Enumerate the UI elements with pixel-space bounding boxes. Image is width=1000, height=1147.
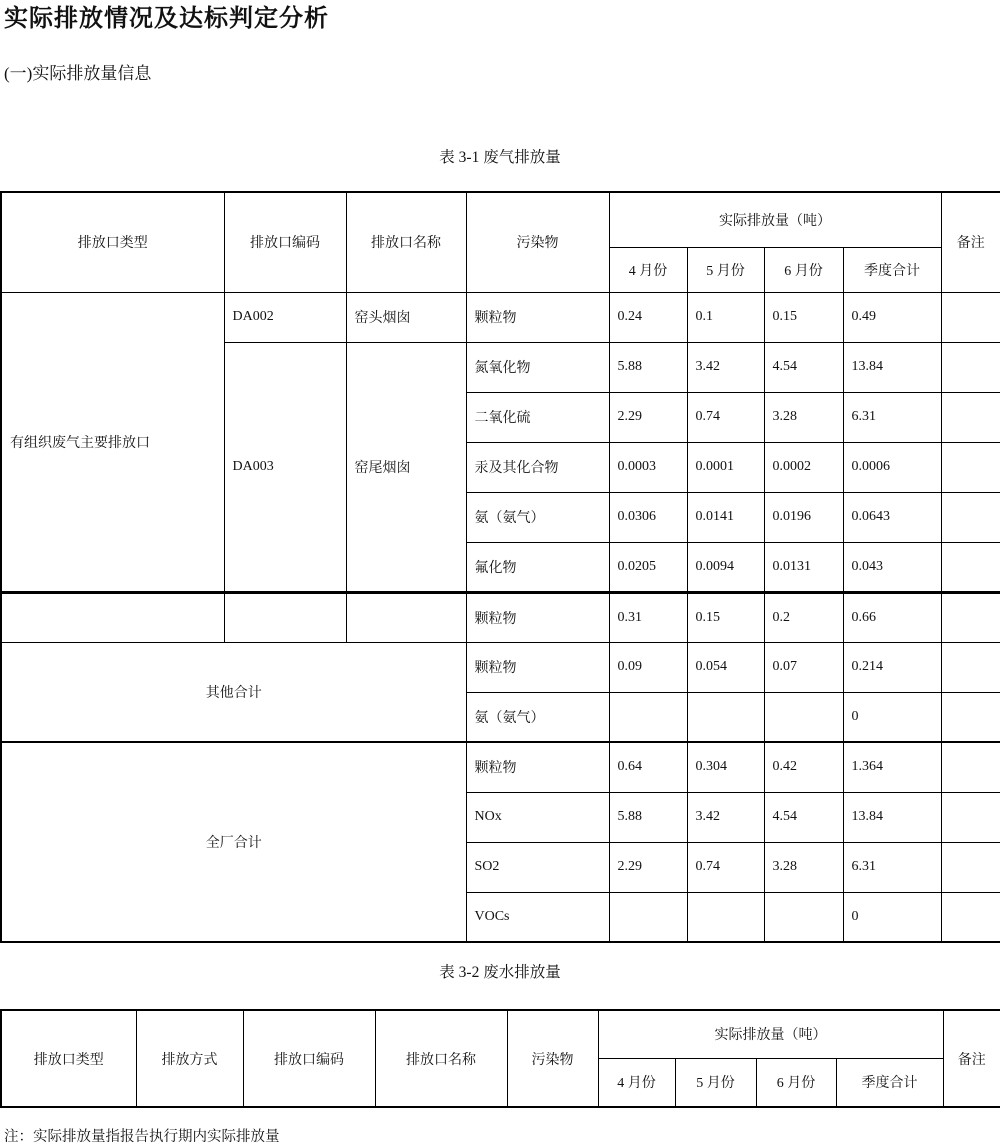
value-cell: 0.66	[843, 592, 941, 642]
value-cell: 5.88	[609, 792, 687, 842]
table-header-row: 排放口类型 排放方式 排放口编码 排放口名称 污染物 实际排放量（吨） 备注	[1, 1010, 1000, 1058]
value-cell: 0.0003	[609, 442, 687, 492]
pollutant-cell: 颗粒物	[466, 642, 609, 692]
table-row: 其他合计 颗粒物 0.09 0.054 0.07 0.214	[1, 642, 1000, 692]
header-remark: 备注	[943, 1010, 1000, 1107]
outlet-code-cell	[224, 592, 346, 642]
header-pollutant: 污染物	[466, 192, 609, 292]
pollutant-cell: 氟化物	[466, 542, 609, 592]
remark-cell	[941, 892, 1000, 942]
header-outlet-type: 排放口类型	[1, 192, 224, 292]
value-cell: 0.0205	[609, 542, 687, 592]
value-cell: 0.0131	[764, 542, 843, 592]
header-quarter-total: 季度合计	[836, 1058, 943, 1107]
remark-cell	[941, 742, 1000, 792]
pollutant-cell: 二氧化硫	[466, 392, 609, 442]
header-month6: 6 月份	[764, 247, 843, 292]
outlet-name-cell: 窑头烟囱	[346, 292, 466, 342]
table2-caption: 表 3-2 废水排放量	[0, 960, 1000, 982]
document-page: 实际排放情况及达标判定分析 (一)实际排放量信息 表 3-1 废气排放量 排放口…	[0, 0, 1000, 1147]
table-row: 全厂合计 颗粒物 0.64 0.304 0.42 1.364	[1, 742, 1000, 792]
value-cell: 0.0001	[687, 442, 764, 492]
header-month5: 5 月份	[687, 247, 764, 292]
value-cell: 13.84	[843, 792, 941, 842]
table1-caption: 表 3-1 废气排放量	[0, 145, 1000, 167]
header-month4: 4 月份	[609, 247, 687, 292]
table-row: 有组织废气主要排放口 DA002 窑头烟囱 颗粒物 0.24 0.1 0.15 …	[1, 292, 1000, 342]
outlet-code-cell: DA003	[224, 342, 346, 592]
page-title: 实际排放情况及达标判定分析	[4, 4, 1000, 34]
value-cell: 0.1	[687, 292, 764, 342]
value-cell: 0	[843, 692, 941, 742]
pollutant-cell: 氨（氨气）	[466, 492, 609, 542]
other-total-cell: 其他合计	[1, 642, 466, 742]
value-cell: 0.2	[764, 592, 843, 642]
pollutant-cell: 汞及其化合物	[466, 442, 609, 492]
pollutant-cell: 氮氧化物	[466, 342, 609, 392]
header-outlet-code: 排放口编码	[224, 192, 346, 292]
value-cell: 13.84	[843, 342, 941, 392]
remark-cell	[941, 542, 1000, 592]
remark-cell	[941, 492, 1000, 542]
header-outlet-name: 排放口名称	[375, 1010, 507, 1107]
value-cell	[687, 892, 764, 942]
header-month5: 5 月份	[675, 1058, 756, 1107]
header-month4: 4 月份	[598, 1058, 675, 1107]
value-cell: 0.0094	[687, 542, 764, 592]
value-cell: 4.54	[764, 792, 843, 842]
value-cell	[609, 692, 687, 742]
remark-cell	[941, 442, 1000, 492]
value-cell: 0.49	[843, 292, 941, 342]
value-cell: 5.88	[609, 342, 687, 392]
value-cell: 0.0196	[764, 492, 843, 542]
value-cell: 2.29	[609, 842, 687, 892]
remark-cell	[941, 792, 1000, 842]
remark-cell	[941, 392, 1000, 442]
value-cell: 0.0643	[843, 492, 941, 542]
remark-cell	[941, 592, 1000, 642]
value-cell: 6.31	[843, 392, 941, 442]
value-cell: 0.043	[843, 542, 941, 592]
value-cell: 0.64	[609, 742, 687, 792]
remark-cell	[941, 842, 1000, 892]
pollutant-cell: NOx	[466, 792, 609, 842]
value-cell: 0.054	[687, 642, 764, 692]
value-cell: 0.74	[687, 392, 764, 442]
value-cell: 4.54	[764, 342, 843, 392]
value-cell: 0.0002	[764, 442, 843, 492]
table-header-row: 排放口类型 排放口编码 排放口名称 污染物 实际排放量（吨） 备注	[1, 192, 1000, 247]
value-cell: 6.31	[843, 842, 941, 892]
value-cell	[764, 892, 843, 942]
value-cell: 3.42	[687, 792, 764, 842]
value-cell: 0.07	[764, 642, 843, 692]
pollutant-cell: SO2	[466, 842, 609, 892]
value-cell: 0.214	[843, 642, 941, 692]
waste-gas-emission-table: 排放口类型 排放口编码 排放口名称 污染物 实际排放量（吨） 备注 4 月份 5…	[0, 191, 1000, 943]
value-cell: 0.24	[609, 292, 687, 342]
header-quarter-total: 季度合计	[843, 247, 941, 292]
outlet-code-cell: DA002	[224, 292, 346, 342]
value-cell: 0.0141	[687, 492, 764, 542]
outlet-name-cell	[346, 592, 466, 642]
plant-total-cell: 全厂合计	[1, 742, 466, 942]
value-cell: 0.31	[609, 592, 687, 642]
value-cell: 0.0306	[609, 492, 687, 542]
value-cell	[764, 692, 843, 742]
outlet-type-cell	[1, 592, 224, 642]
header-outlet-type: 排放口类型	[1, 1010, 136, 1107]
remark-cell	[941, 692, 1000, 742]
header-month6: 6 月份	[756, 1058, 836, 1107]
value-cell: 0.74	[687, 842, 764, 892]
value-cell	[609, 892, 687, 942]
header-pollutant: 污染物	[507, 1010, 598, 1107]
pollutant-cell: VOCs	[466, 892, 609, 942]
outlet-type-cell: 有组织废气主要排放口	[1, 292, 224, 592]
remark-cell	[941, 642, 1000, 692]
outlet-name-cell: 窑尾烟囱	[346, 342, 466, 592]
remark-cell	[941, 342, 1000, 392]
value-cell: 0.09	[609, 642, 687, 692]
pollutant-cell: 颗粒物	[466, 292, 609, 342]
waste-water-emission-table: 排放口类型 排放方式 排放口编码 排放口名称 污染物 实际排放量（吨） 备注 4…	[0, 1009, 1000, 1108]
section-subtitle: (一)实际排放量信息	[4, 63, 1000, 85]
pollutant-cell: 颗粒物	[466, 592, 609, 642]
pollutant-cell: 颗粒物	[466, 742, 609, 792]
value-cell: 3.28	[764, 392, 843, 442]
value-cell: 0.15	[764, 292, 843, 342]
value-cell: 0	[843, 892, 941, 942]
value-cell	[687, 692, 764, 742]
value-cell: 0.0006	[843, 442, 941, 492]
value-cell: 1.364	[843, 742, 941, 792]
value-cell: 0.304	[687, 742, 764, 792]
value-cell: 0.15	[687, 592, 764, 642]
header-outlet-name: 排放口名称	[346, 192, 466, 292]
footnote: 注：实际排放量指报告执行期内实际排放量	[4, 1128, 1000, 1147]
value-cell: 0.42	[764, 742, 843, 792]
value-cell: 2.29	[609, 392, 687, 442]
header-discharge-mode: 排放方式	[136, 1010, 243, 1107]
value-cell: 3.28	[764, 842, 843, 892]
value-cell: 3.42	[687, 342, 764, 392]
header-actual-emission: 实际排放量（吨）	[598, 1010, 943, 1058]
table-row: 颗粒物 0.31 0.15 0.2 0.66	[1, 592, 1000, 642]
header-outlet-code: 排放口编码	[243, 1010, 375, 1107]
pollutant-cell: 氨（氨气）	[466, 692, 609, 742]
header-remark: 备注	[941, 192, 1000, 292]
header-actual-emission: 实际排放量（吨）	[609, 192, 941, 247]
remark-cell	[941, 292, 1000, 342]
